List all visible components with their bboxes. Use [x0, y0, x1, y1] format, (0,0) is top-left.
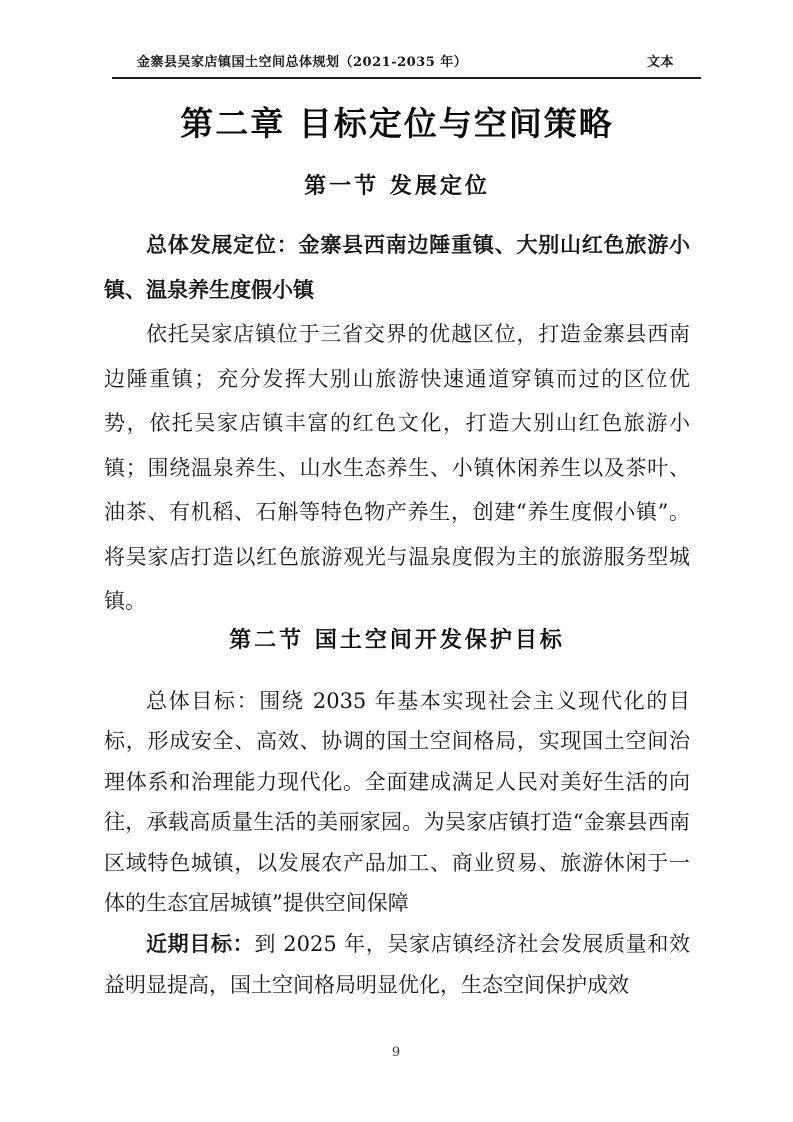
page-number: 9	[0, 1045, 793, 1060]
page-content: 第二章 目标定位与空间策略 第一节 发展定位 总体发展定位：金寨县西南边陲重镇、…	[104, 103, 690, 1005]
section-1-heading: 第一节 发展定位	[104, 174, 690, 199]
page-header: 金寨县吴家店镇国土空间总体规划（2021-2035 年） 文本	[112, 51, 701, 79]
paragraph-lead-overall-goal: 总体目标：	[146, 689, 259, 713]
document-page: 金寨县吴家店镇国土空间总体规划（2021-2035 年） 文本 第二章 目标定位…	[0, 0, 793, 1122]
header-doc-type-label: 文本	[647, 51, 701, 70]
paragraph-positioning-detail: 依托吴家店镇位于三省交界的优越区位，打造金寨县西南边陲重镇；充分发挥大别山旅游快…	[104, 312, 690, 624]
paragraph-near-term-goal: 近期目标：到 2025 年，吴家店镇经济社会发展质量和效益明显提高，国土空间格局…	[104, 924, 690, 1005]
paragraph-overall-development-positioning: 总体发展定位：金寨县西南边陲重镇、大别山红色旅游小镇、温泉养生度假小镇	[104, 223, 690, 312]
header-document-title: 金寨县吴家店镇国土空间总体规划（2021-2035 年）	[112, 51, 467, 70]
paragraph-lead-near-term-goal: 近期目标：	[146, 931, 254, 956]
paragraph-lead-overall-positioning: 总体发展定位：	[146, 232, 299, 257]
section-2-heading: 第二节 国土空间开发保护目标	[104, 628, 690, 653]
paragraph-text-overall-goal: 围绕 2035 年基本实现社会主义现代化的目标，形成安全、高效、协调的国土空间格…	[104, 689, 690, 916]
paragraph-overall-goal: 总体目标：围绕 2035 年基本实现社会主义现代化的目标，形成安全、高效、协调的…	[104, 681, 690, 925]
chapter-title: 第二章 目标定位与空间策略	[104, 103, 690, 144]
